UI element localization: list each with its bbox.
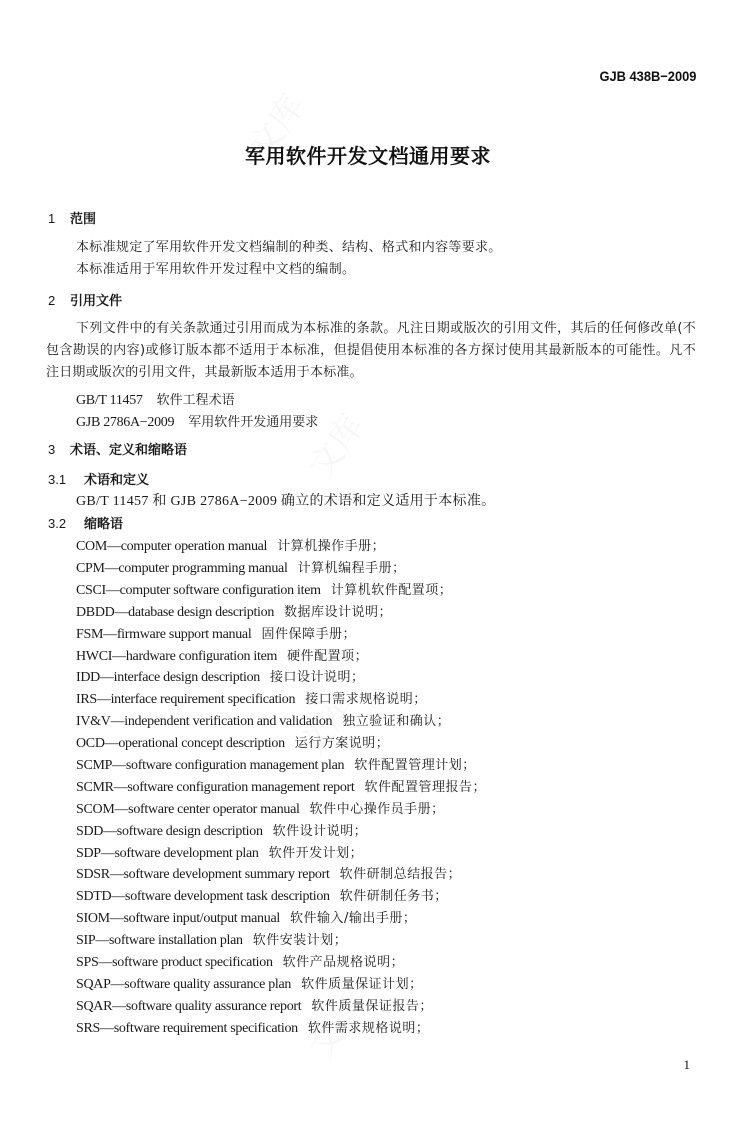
section-number: 3.1 (48, 472, 84, 488)
abbreviation-zh: 固件保障手册； (261, 627, 356, 642)
abbreviation-zh: 软件开发计划； (269, 846, 364, 861)
abbreviation-en: IRS—interface requirement specification (76, 692, 295, 707)
section-number: 3 (48, 442, 70, 458)
abbreviation-item: CSCI—computer software configuration ite… (76, 583, 452, 599)
abbreviation-en: SIP—software installation plan (76, 933, 243, 948)
abbreviation-zh: 软件质量保证计划； (301, 977, 423, 992)
abbreviation-en: SQAR—software quality assurance report (76, 999, 301, 1014)
abbreviation-item: FSM—firmware support manual固件保障手册； (76, 627, 356, 643)
abbreviation-en: SDP—software development plan (76, 846, 259, 861)
abbreviation-item: IDD—interface design description接口设计说明； (76, 670, 365, 686)
abbreviation-item: SQAR—software quality assurance report软件… (76, 999, 433, 1015)
section-title: 缩略语 (84, 517, 123, 532)
reference-code: GB/T 11457 (76, 393, 143, 408)
abbreviation-item: SDTD—software development task descripti… (76, 889, 448, 905)
abbreviation-item: IRS—interface requirement specification接… (76, 692, 427, 708)
abbreviation-item: SDP—software development plan软件开发计划； (76, 846, 363, 862)
abbreviation-zh: 软件设计说明； (273, 824, 368, 839)
section-title: 术语和定义 (84, 473, 149, 488)
section-title: 引用文件 (70, 294, 122, 309)
section-3-2-heading: 3.2缩略语 (48, 516, 123, 533)
section-number: 3.2 (48, 516, 84, 532)
reference-item: GJB 2786A−2009军用软件开发通用要求 (76, 411, 318, 431)
abbreviation-zh: 运行方案说明； (295, 736, 390, 751)
abbreviation-item: SIP—software installation plan软件安装计划； (76, 933, 347, 949)
abbreviation-en: OCD—operational concept description (76, 736, 285, 751)
abbreviation-item: SPS—software product specification软件产品规格… (76, 955, 404, 971)
abbreviation-en: SDSR—software development summary report (76, 867, 330, 882)
abbreviation-en: SCMR—software configuration management r… (76, 780, 354, 795)
abbreviation-item: OCD—operational concept description运行方案说… (76, 736, 389, 752)
abbreviation-zh: 软件中心操作员手册； (310, 802, 445, 817)
section-2-paragraph: 下列文件中的有关条款通过引用而成为本标准的条款。凡注日期或版次的引用文件，其后的… (46, 318, 696, 383)
standard-number: GJB 438B−2009 (599, 68, 696, 84)
abbreviation-item: COM—computer operation manual计算机操作手册； (76, 539, 385, 555)
abbreviation-en: FSM—firmware support manual (76, 627, 251, 642)
abbreviation-en: HWCI—hardware configuration item (76, 649, 277, 664)
section-number: 2 (48, 293, 70, 309)
reference-title: 软件工程术语 (157, 393, 235, 408)
reference-title: 军用软件开发通用要求 (188, 415, 318, 430)
abbreviation-en: SDTD—software development task descripti… (76, 889, 330, 904)
document-title: 军用软件开发文档通用要求 (0, 140, 736, 169)
abbreviation-en: SRS—software requirement specification (76, 1021, 298, 1036)
abbreviation-item: SCOM—software center operator manual软件中心… (76, 802, 445, 818)
abbreviation-item: IV&V—independent verification and valida… (76, 714, 450, 730)
abbreviation-item: SRS—software requirement specification软件… (76, 1021, 429, 1037)
abbreviation-item: SQAP—software quality assurance plan软件质量… (76, 977, 423, 993)
section-title: 范围 (70, 212, 96, 227)
section-1-heading: 1范围 (48, 211, 96, 228)
section-2-heading: 2引用文件 (48, 293, 122, 310)
abbreviation-en: SPS—software product specification (76, 955, 273, 970)
section-3-1-paragraph: GB/T 11457 和 GJB 2786A−2009 确立的术语和定义适用于本… (76, 494, 495, 510)
abbreviation-en: CSCI—computer software configuration ite… (76, 583, 321, 598)
abbreviation-en: COM—computer operation manual (76, 539, 267, 554)
abbreviation-zh: 计算机操作手册； (277, 539, 385, 554)
abbreviation-zh: 软件输入/输出手册； (290, 911, 416, 926)
abbreviation-en: SDD—software design description (76, 824, 263, 839)
abbreviation-item: DBDD—database design description数据库设计说明； (76, 605, 392, 621)
abbreviation-en: IDD—interface design description (76, 670, 260, 685)
abbreviation-en: DBDD—database design description (76, 605, 274, 620)
abbreviation-zh: 计算机软件配置项； (331, 583, 453, 598)
abbreviation-item: SCMR—software configuration management r… (76, 780, 486, 796)
abbreviation-item: SCMP—software configuration management p… (76, 758, 476, 774)
reference-item: GB/T 11457软件工程术语 (76, 389, 235, 409)
abbreviation-zh: 接口设计说明； (270, 670, 365, 685)
abbreviation-item: SIOM—software input/output manual软件输入/输出… (76, 911, 416, 927)
abbreviation-en: SQAP—software quality assurance plan (76, 977, 291, 992)
abbreviation-zh: 独立验证和确认； (342, 714, 450, 729)
abbreviation-zh: 数据库设计说明； (284, 605, 392, 620)
abbreviation-zh: 软件安装计划； (253, 933, 348, 948)
section-1-paragraph: 本标准适用于军用软件开发过程中文档的编制。 (76, 262, 355, 278)
page-number: 1 (684, 1057, 691, 1073)
abbreviation-zh: 软件质量保证报告； (311, 999, 433, 1014)
abbreviation-en: SCOM—software center operator manual (76, 802, 300, 817)
abbreviation-zh: 软件产品规格说明； (283, 955, 405, 970)
abbreviation-en: IV&V—independent verification and valida… (76, 714, 332, 729)
abbreviation-item: CPM—computer programming manual计算机编程手册； (76, 561, 406, 577)
abbreviation-item: SDSR—software development summary report… (76, 867, 461, 883)
abbreviation-zh: 软件需求规格说明； (308, 1021, 430, 1036)
abbreviation-item: SDD—software design description软件设计说明； (76, 824, 367, 840)
section-3-heading: 3术语、定义和缩略语 (48, 442, 187, 459)
abbreviation-en: SIOM—software input/output manual (76, 911, 280, 926)
abbreviation-item: HWCI—hardware configuration item硬件配置项； (76, 649, 368, 665)
abbreviation-en: SCMP—software configuration management p… (76, 758, 344, 773)
section-3-1-heading: 3.1术语和定义 (48, 472, 149, 489)
reference-code: GJB 2786A−2009 (76, 415, 174, 430)
abbreviation-zh: 软件配置管理报告； (364, 780, 486, 795)
abbreviation-zh: 软件研制任务书； (340, 889, 448, 904)
abbreviation-zh: 软件配置管理计划； (354, 758, 476, 773)
section-number: 1 (48, 211, 70, 227)
abbreviation-zh: 硬件配置项； (287, 649, 368, 664)
section-title: 术语、定义和缩略语 (70, 443, 187, 458)
abbreviation-zh: 软件研制总结报告； (340, 867, 462, 882)
abbreviation-zh: 接口需求规格说明； (305, 692, 427, 707)
section-1-paragraph: 本标准规定了军用软件开发文档编制的种类、结构、格式和内容等要求。 (76, 240, 502, 256)
abbreviation-en: CPM—computer programming manual (76, 561, 288, 576)
abbreviation-zh: 计算机编程手册； (298, 561, 406, 576)
